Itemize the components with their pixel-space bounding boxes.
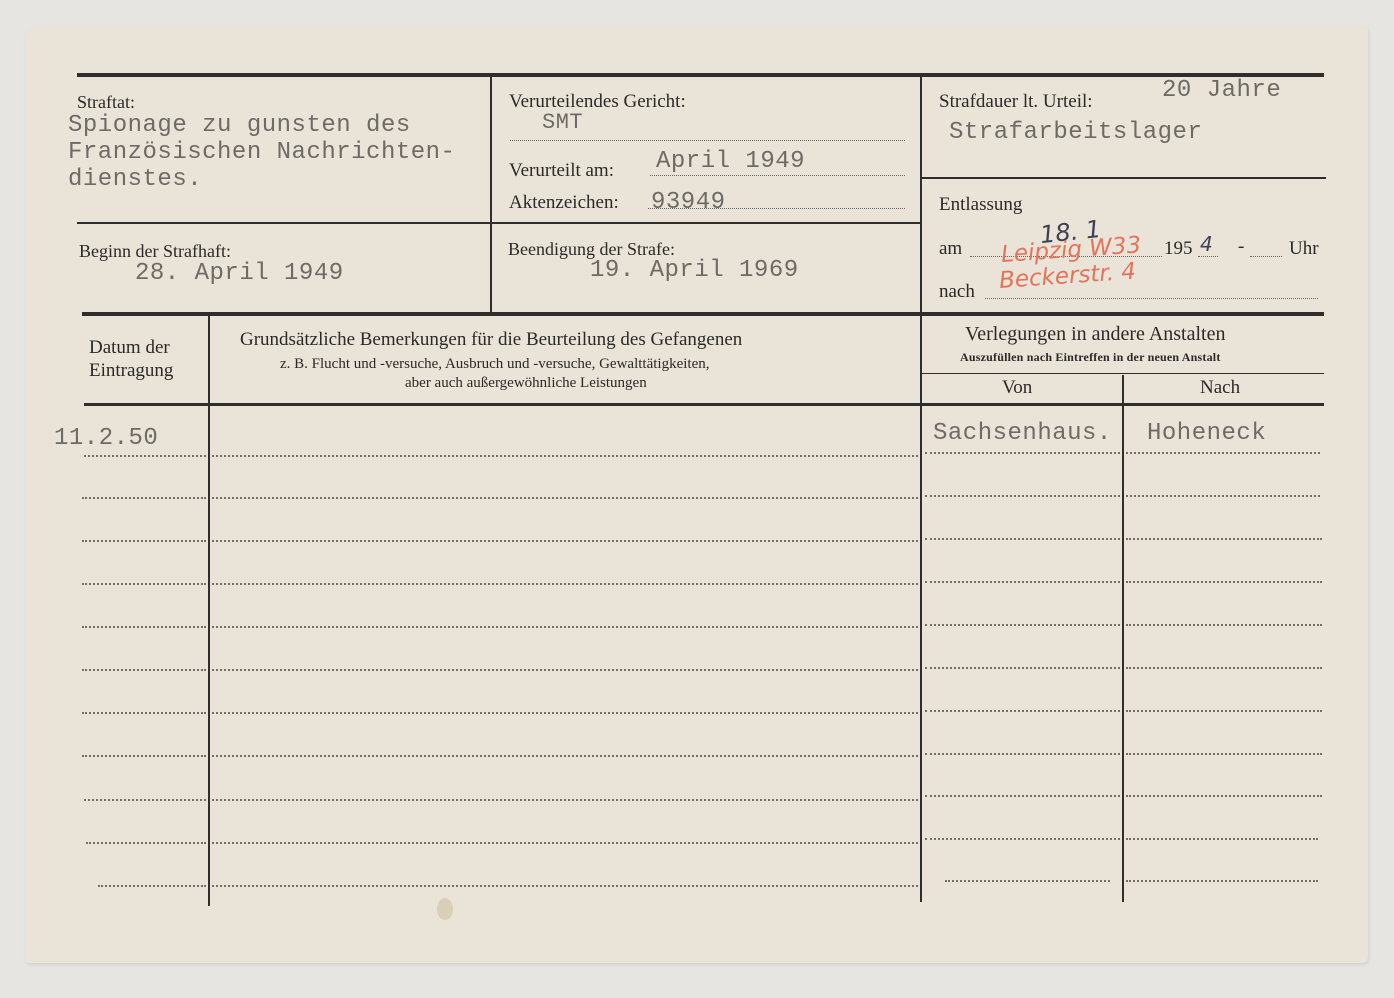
row-line-nach [1126, 495, 1320, 497]
verurteilt-line [650, 175, 905, 176]
rule-upper-mid [77, 222, 920, 224]
rule-section-break [82, 312, 1324, 316]
row-line-date [82, 626, 206, 628]
top-rule [77, 73, 1324, 77]
col-date-header-line1: Datum der [89, 337, 170, 359]
strafdauer-label: Strafdauer lt. Urteil: [939, 91, 1093, 113]
entlassung-label: Entlassung [939, 194, 1022, 216]
row-line-remarks [212, 497, 918, 499]
straftat-line-1: Spionage zu gunsten des [68, 112, 411, 139]
row-line-von [925, 795, 1120, 797]
beginn-value: 28. April 1949 [135, 260, 344, 287]
entlassung-nach-label: nach [939, 281, 975, 303]
row-line-date [82, 755, 206, 757]
col-remarks-sub2: aber auch außergewöhnliche Leistungen [405, 375, 647, 392]
row-line-date [82, 669, 206, 671]
straftat-line-3: dienstes. [68, 166, 202, 193]
row-line-date [82, 540, 206, 542]
verurteilt-value: April 1949 [656, 148, 805, 175]
row-line-date [82, 497, 206, 499]
strafart-value: Strafarbeitslager [949, 119, 1202, 146]
row-line-remarks [212, 540, 918, 542]
straftat-label: Straftat: [77, 92, 135, 113]
row-line-remarks [212, 885, 918, 887]
divider-right-col [920, 76, 922, 314]
gericht-label: Verurteilendes Gericht: [509, 91, 686, 113]
entlassung-year-line [1198, 256, 1218, 257]
row-line-nach [1126, 581, 1322, 583]
row-line-von [925, 710, 1120, 712]
transfers-sub: Auszufüllen nach Eintreffen in der neuen… [960, 350, 1221, 365]
row-line-date [84, 455, 206, 457]
entlassung-year-prefix: 195 [1164, 238, 1193, 260]
row-line-von [925, 452, 1120, 454]
row-line-remarks [212, 755, 918, 757]
col-nach-header: Nach [1200, 377, 1240, 399]
row-line-nach [1126, 624, 1322, 626]
row-line-von [925, 624, 1120, 626]
row-line-date [98, 885, 206, 887]
row-line-date [84, 799, 206, 801]
gericht-line [510, 140, 905, 141]
aktenzeichen-line [648, 208, 905, 209]
row-line-nach [1126, 795, 1322, 797]
col-von-header: Von [1002, 377, 1032, 399]
row-line-von [925, 581, 1120, 583]
col-remarks-sub1: z. B. Flucht und -versuche, Ausbruch und… [280, 356, 709, 373]
row-line-date [82, 583, 206, 585]
beendigung-value: 19. April 1969 [590, 257, 799, 284]
row-line-von [925, 753, 1120, 755]
entlassung-am-label: am [939, 238, 962, 260]
row-line-remarks [212, 712, 918, 714]
row-line-remarks [212, 626, 918, 628]
entlassung-time-line [1250, 256, 1282, 257]
verurteilt-label: Verurteilt am: [509, 160, 614, 182]
row-line-date [86, 842, 206, 844]
rule-right-upper [922, 177, 1326, 179]
row-line-von [925, 667, 1120, 669]
row-line-von [945, 880, 1110, 882]
row-line-nach [1126, 452, 1320, 454]
row-1-date: 11.2.50 [54, 425, 158, 452]
aktenzeichen-value: 93949 [651, 189, 726, 216]
row-line-von [925, 538, 1120, 540]
beginn-label: Beginn der Strafhaft: [79, 241, 231, 262]
aktenzeichen-label: Aktenzeichen: [509, 192, 619, 214]
col-remarks-header: Grundsätzliche Bemerkungen für die Beurt… [240, 329, 742, 351]
row-1-nach: Hoheneck [1147, 420, 1266, 447]
row-line-nach [1126, 838, 1318, 840]
entlassung-nach-line [985, 298, 1318, 299]
gericht-value: SMT [542, 110, 583, 135]
strafdauer-value: 20 Jahre [1162, 77, 1281, 104]
transfers-header: Verlegungen in andere Anstalten [965, 323, 1225, 346]
paper-stain [437, 898, 453, 920]
table-header-bottom-rule [84, 403, 1324, 406]
row-line-nach [1126, 538, 1322, 540]
row-line-nach [1126, 753, 1322, 755]
table-divider-von-nach [1122, 375, 1124, 902]
row-line-remarks [212, 583, 918, 585]
entlassung-uhr-label: Uhr [1289, 238, 1319, 260]
row-line-nach [1126, 667, 1322, 669]
row-line-von [925, 495, 1120, 497]
row-line-remarks [212, 455, 918, 457]
row-1-von: Sachsenhaus. [933, 420, 1112, 447]
row-line-remarks [212, 842, 918, 844]
entlassung-year-suffix: 4 [1200, 232, 1213, 256]
row-line-nach [1126, 710, 1322, 712]
entlassung-dash: - [1238, 236, 1244, 258]
col-date-header-line2: Eintragung [89, 360, 173, 382]
row-line-remarks [212, 799, 918, 801]
transfers-subheader-rule [922, 373, 1324, 374]
straftat-line-2: Französischen Nachrichten- [68, 139, 455, 166]
row-line-date [82, 712, 206, 714]
divider-left-col [490, 76, 492, 314]
row-line-remarks [212, 669, 918, 671]
row-line-von [925, 838, 1120, 840]
row-line-nach [1126, 880, 1318, 882]
